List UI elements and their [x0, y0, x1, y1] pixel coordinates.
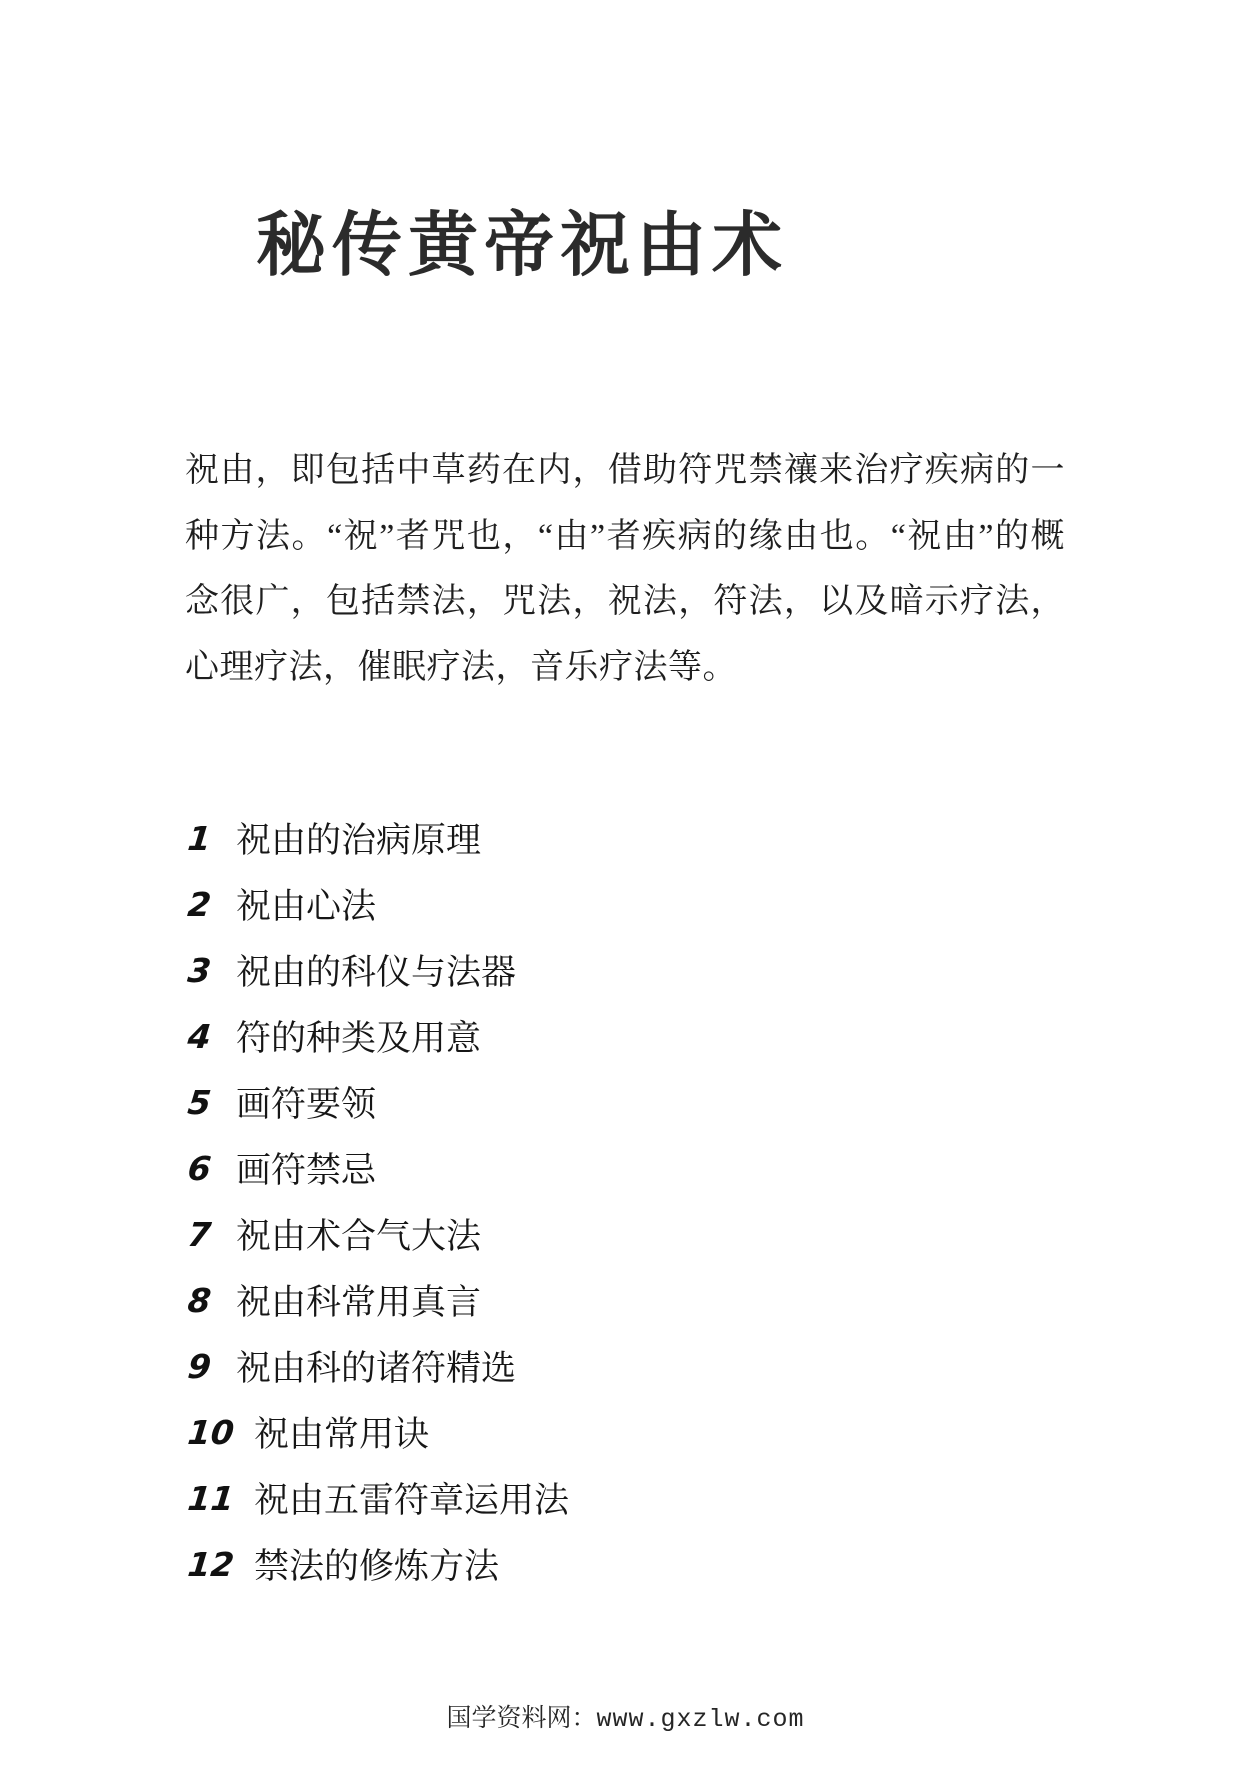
toc-item-number: 8 [186, 1281, 220, 1320]
toc-item-label: 祝由术合气大法 [236, 1209, 481, 1259]
toc-item: 3 祝由的科仪与法器 [188, 937, 569, 1003]
toc-item-number: 2 [186, 885, 220, 924]
toc-item: 11 祝由五雷符章运用法 [188, 1465, 569, 1531]
toc-item: 8 祝由科常用真言 [188, 1267, 569, 1333]
toc-item: 4 符的种类及用意 [188, 1003, 569, 1069]
toc-list: 1 祝由的治病原理 2 祝由心法 3 祝由的科仪与法器 4 符的种类及用意 5 … [188, 805, 569, 1597]
toc-item-label: 祝由科常用真言 [236, 1275, 481, 1325]
toc-item: 10 祝由常用诀 [188, 1399, 569, 1465]
toc-item-label: 祝由的科仪与法器 [236, 945, 516, 995]
toc-item: 12 禁法的修炼方法 [188, 1531, 569, 1597]
toc-item: 9 祝由科的诸符精选 [188, 1333, 569, 1399]
toc-item-number: 4 [186, 1017, 220, 1056]
footer-site-url: www.gxzlw.com [596, 1705, 804, 1734]
intro-paragraph: 祝由，即包括中草药在内，借助符咒禁禳来治疗疾病的一种方法。“祝”者咒也，“由”者… [185, 438, 1065, 700]
toc-item-number: 7 [186, 1215, 220, 1254]
document-page: 秘传黄帝祝由术 祝由，即包括中草药在内，借助符咒禁禳来治疗疾病的一种方法。“祝”… [0, 0, 1251, 1774]
toc-item: 2 祝由心法 [188, 871, 569, 937]
toc-item-label: 祝由科的诸符精选 [236, 1341, 516, 1391]
toc-item: 6 画符禁忌 [188, 1135, 569, 1201]
toc-item-number: 11 [186, 1479, 238, 1518]
toc-item-label: 符的种类及用意 [236, 1011, 481, 1061]
toc-item-label: 祝由的治病原理 [236, 813, 481, 863]
toc-item-number: 5 [186, 1083, 220, 1122]
toc-item: 7 祝由术合气大法 [188, 1201, 569, 1267]
toc-item-number: 6 [186, 1149, 220, 1188]
toc-item-label: 祝由常用诀 [254, 1407, 429, 1457]
toc-item-label: 画符禁忌 [236, 1143, 376, 1193]
footer-site-label: 国学资料网： [446, 1705, 596, 1732]
toc-item-label: 禁法的修炼方法 [254, 1539, 499, 1589]
toc-item: 1 祝由的治病原理 [188, 805, 569, 871]
toc-item-number: 12 [186, 1545, 238, 1584]
footer: 国学资料网：www.gxzlw.com [0, 1698, 1251, 1734]
toc-item: 5 画符要领 [188, 1069, 569, 1135]
toc-item-label: 画符要领 [236, 1077, 376, 1127]
toc-item-number: 10 [186, 1413, 238, 1452]
toc-item-label: 祝由五雷符章运用法 [254, 1473, 569, 1523]
toc-item-number: 1 [186, 819, 220, 858]
toc-item-label: 祝由心法 [236, 879, 376, 929]
toc-item-number: 3 [186, 951, 220, 990]
toc-item-number: 9 [186, 1347, 220, 1386]
page-title: 秘传黄帝祝由术 [256, 189, 788, 290]
